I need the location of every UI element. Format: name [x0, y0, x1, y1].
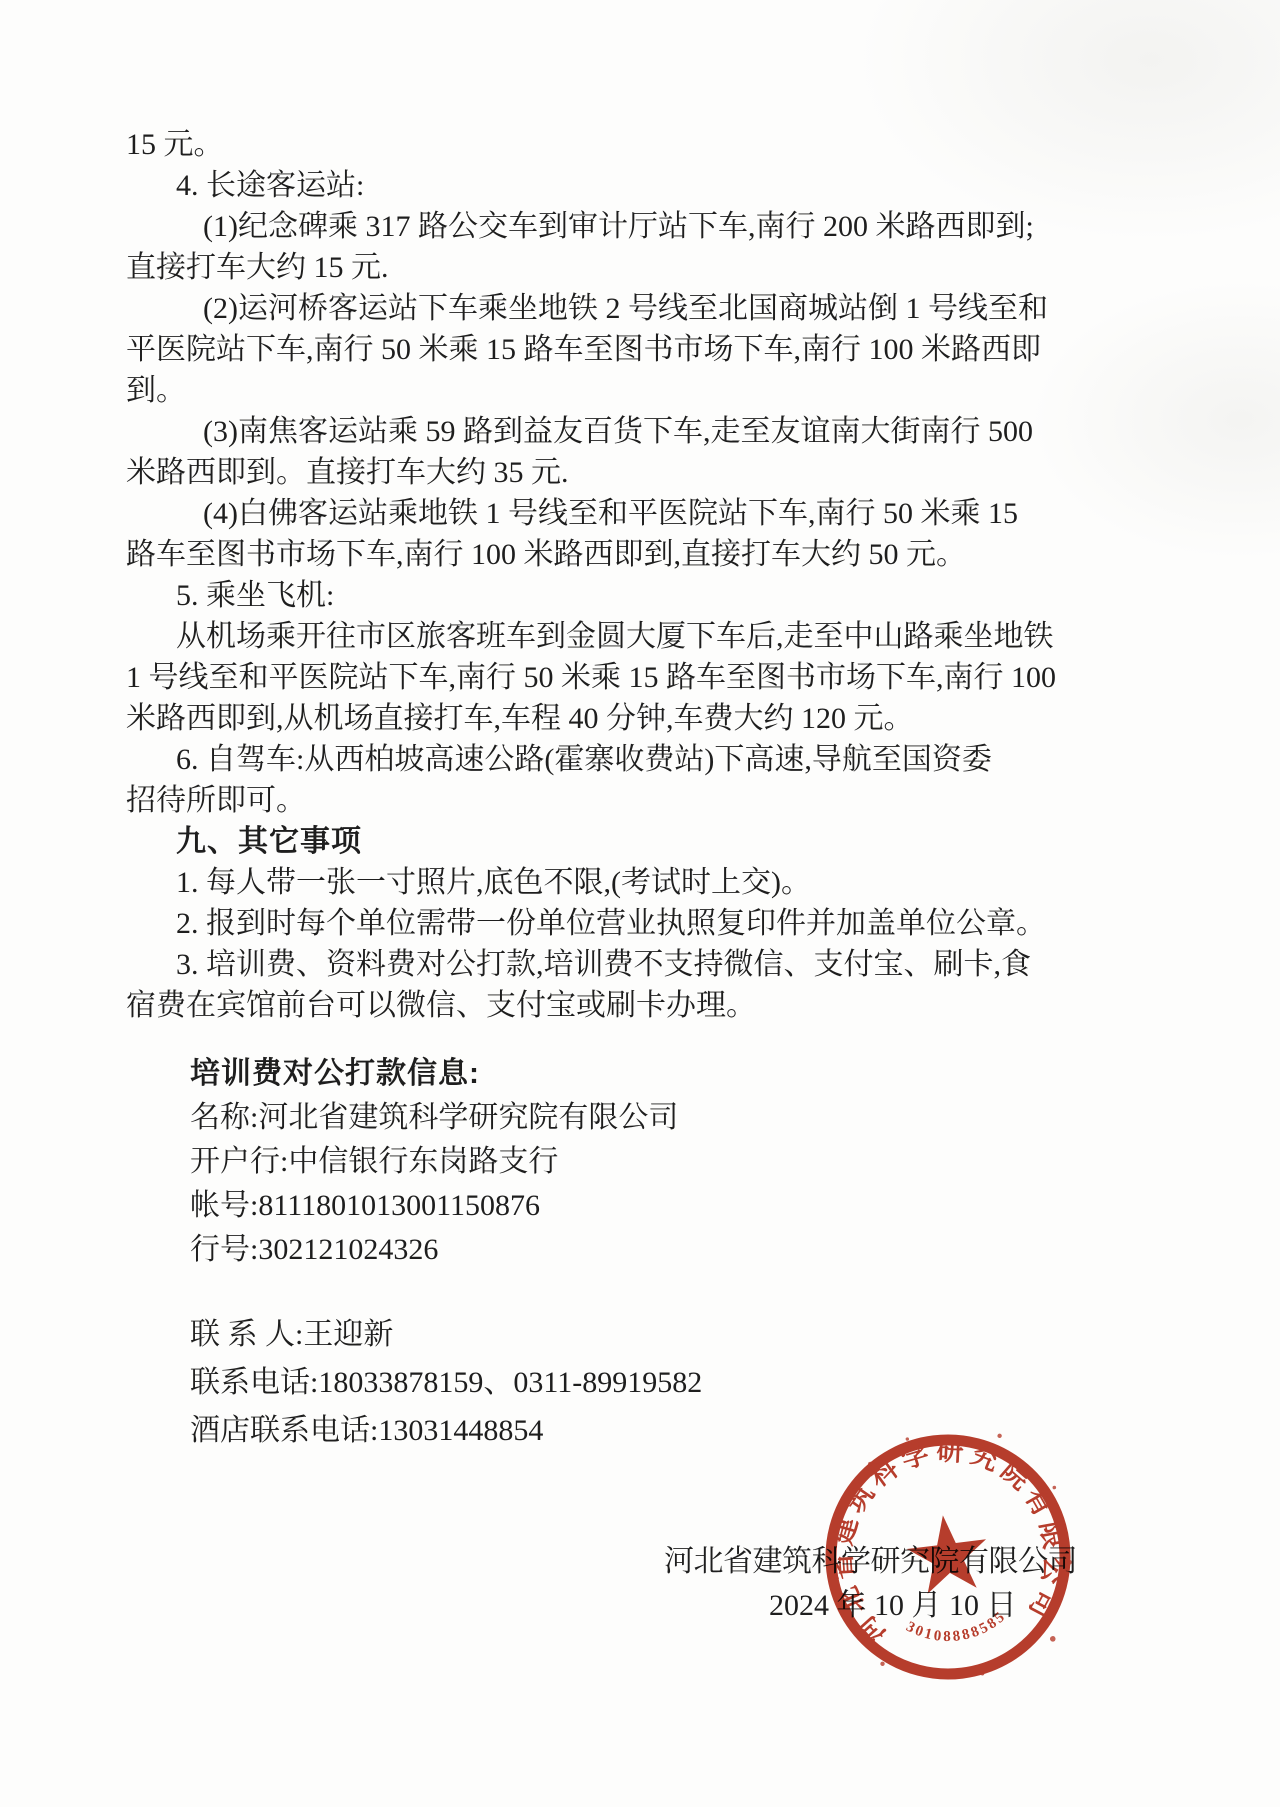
text-line: (3)南焦客运站乘 59 路到益友百货下车,走至友谊南大街南行 500 [126, 411, 1136, 452]
text-line: 联系电话:18033878159、0311-89919582 [190, 1359, 1010, 1407]
text-line: 九、其它事项 [126, 821, 1136, 862]
text-line: 行号:302121024326 [190, 1228, 1010, 1272]
text-line: 从机场乘开往市区旅客班车到金圆大厦下车后,走至中山路乘坐地铁 [126, 616, 1136, 657]
text-line: 宿费在宾馆前台可以微信、支付宝或刷卡办理。 [126, 985, 1136, 1026]
payment-info-block: 培训费对公打款信息:名称:河北省建筑科学研究院有限公司开户行:中信银行东岗路支行… [190, 1052, 1010, 1272]
text-line: 平医院站下车,南行 50 米乘 15 路车至图书市场下车,南行 100 米路西即 [126, 329, 1136, 370]
text-line: 名称:河北省建筑科学研究院有限公司 [190, 1096, 1010, 1140]
text-line: (2)运河桥客运站下车乘坐地铁 2 号线至北国商城站倒 1 号线至和 [126, 288, 1136, 329]
text-line: 5. 乘坐飞机: [126, 575, 1136, 616]
text-line: 招待所即可。 [126, 780, 1136, 821]
text-line: 米路西即到。直接打车大约 35 元. [126, 452, 1136, 493]
text-line: 1 号线至和平医院站下车,南行 50 米乘 15 路车至图书市场下车,南行 10… [126, 657, 1136, 698]
text-line: 4. 长途客运站: [126, 165, 1136, 206]
scanned-document-page: 15 元。4. 长途客运站:(1)纪念碑乘 317 路公交车到审计厅站下车,南行… [0, 0, 1280, 1807]
company-seal: 河北省建筑科学研究院有限公司 1301088885850 [818, 1427, 1078, 1687]
text-line: (1)纪念碑乘 317 路公交车到审计厅站下车,南行 200 米路西即到; [126, 206, 1136, 247]
text-line: 15 元。 [126, 124, 1136, 165]
text-line: 帐号:8111801013001150876 [190, 1184, 1010, 1228]
seal-star-icon [903, 1510, 991, 1595]
text-line: (4)白佛客运站乘地铁 1 号线至和平医院站下车,南行 50 米乘 15 [126, 493, 1136, 534]
text-line: 6. 自驾车:从西柏坡高速公路(霍寨收费站)下高速,导航至国资委 [126, 739, 1136, 780]
text-line: 1. 每人带一张一寸照片,底色不限,(考试时上交)。 [126, 862, 1136, 903]
document-body: 15 元。4. 长途客运站:(1)纪念碑乘 317 路公交车到审计厅站下车,南行… [126, 124, 1136, 1026]
text-line: 到。 [126, 370, 1136, 411]
text-line: 3. 培训费、资料费对公打款,培训费不支持微信、支付宝、刷卡,食 [126, 944, 1136, 985]
text-line: 联 系 人:王迎新 [190, 1311, 1010, 1359]
text-line: 2. 报到时每个单位需带一份单位营业执照复印件并加盖单位公章。 [126, 903, 1136, 944]
text-line: 路车至图书市场下车,南行 100 米路西即到,直接打车大约 50 元。 [126, 534, 1136, 575]
text-line: 米路西即到,从机场直接打车,车程 40 分钟,车费大约 120 元。 [126, 698, 1136, 739]
text-line: 培训费对公打款信息: [190, 1052, 1010, 1096]
text-line: 开户行:中信银行东岗路支行 [190, 1140, 1010, 1184]
text-line: 直接打车大约 15 元. [126, 247, 1136, 288]
